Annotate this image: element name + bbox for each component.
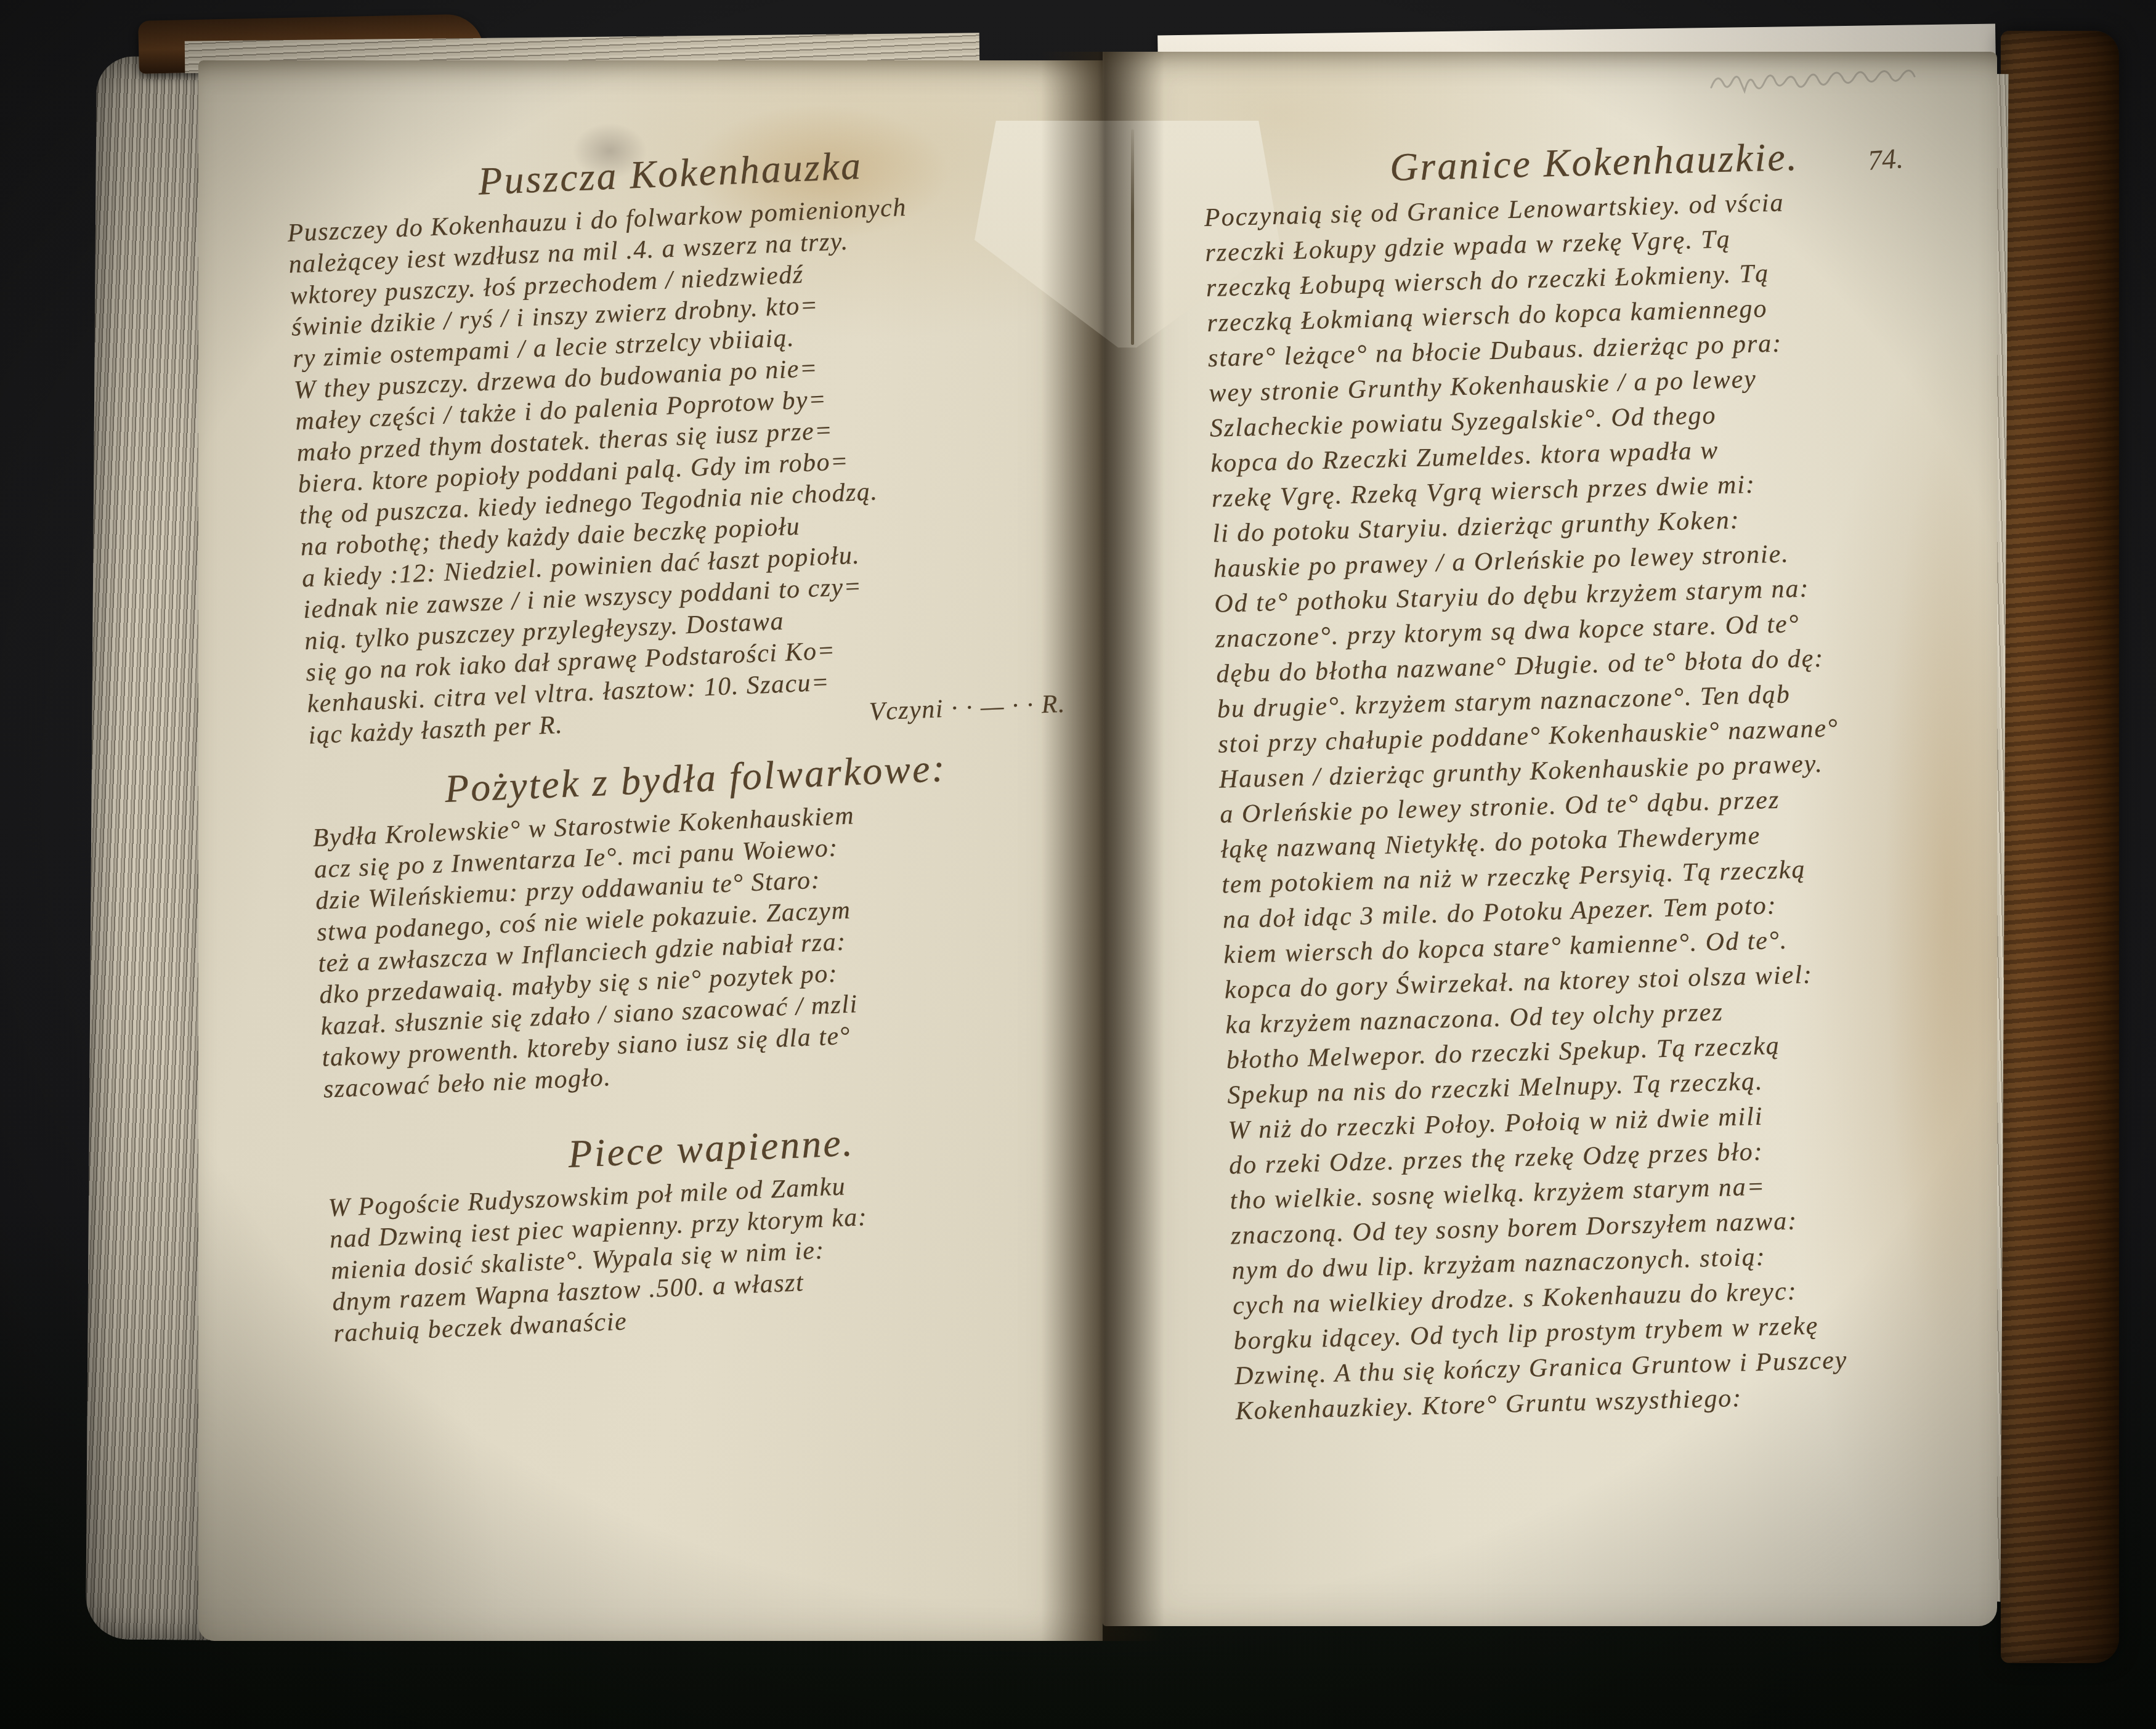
section-pozytek-paragraph: Bydła Krolewskie° w Starostwie Kokenhaus… xyxy=(312,791,1093,1106)
section-puszcza-paragraph: Puszczey do Kokenhauzu i do folwarkow po… xyxy=(287,186,1077,721)
leather-cover-right xyxy=(2001,31,2119,1663)
left-page-text-block: Puszcza Kokenhauzka Puszczey do Kokenhau… xyxy=(285,133,1104,1350)
faint-inscription-squiggle xyxy=(1706,59,1971,102)
gutter-fold-line xyxy=(1131,129,1134,345)
right-page-text-block: Granice Kokenhauzkie. Poczynaią się od G… xyxy=(1202,128,2018,1430)
open-manuscript-book: 74. Puszcza Kokenhauzka Puszczey do Koke… xyxy=(0,0,2156,1729)
photo-canvas: { "photo": { "folio_number": "74." }, "l… xyxy=(0,0,2156,1729)
section-granice-paragraph: Poczynaią się od Granice Lenowartskiey. … xyxy=(1204,180,2018,1430)
section-piece-wapienne-paragraph: W Pogoście Rudyszowskim poł mile od Zamk… xyxy=(328,1160,1104,1350)
